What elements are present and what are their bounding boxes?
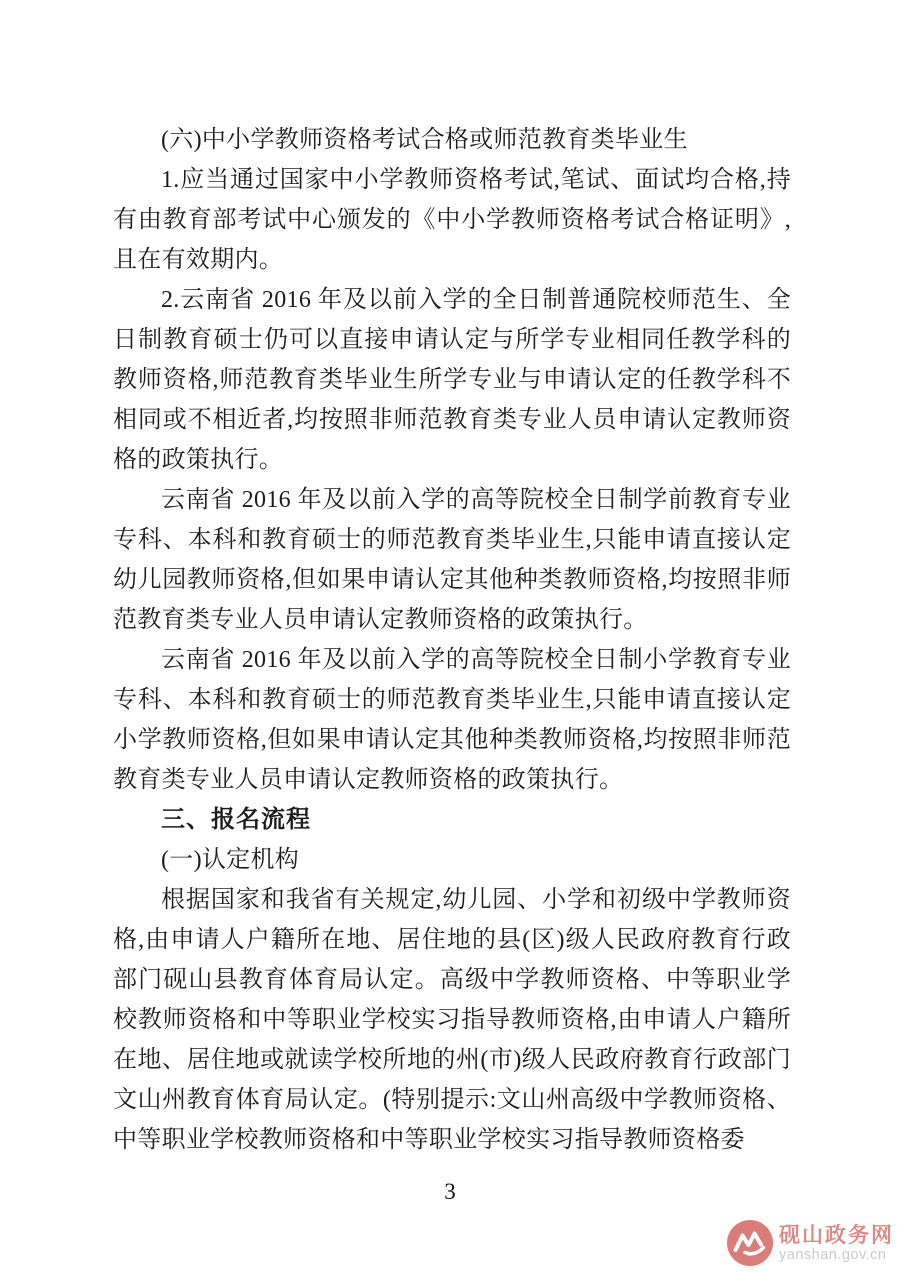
page-number: 3 <box>0 1178 900 1206</box>
paragraph-certifying-agencies: 根据国家和我省有关规定,幼儿园、小学和初级中学教师资格,由申请人户籍所在地、居住… <box>113 880 791 1160</box>
site-watermark: 砚山政务网 yanshan.gov.cn <box>726 1219 894 1267</box>
section-3-1-subheading: (一)认定机构 <box>113 840 791 880</box>
document-body: (六)中小学教师资格考试合格或师范教育类毕业生 1.应当通过国家中小学教师资格考… <box>113 120 791 1160</box>
paragraph-exam-pass: 1.应当通过国家中小学教师资格考试,笔试、面试均合格,持有由教育部考试中心颁发的… <box>113 160 791 280</box>
document-page: (六)中小学教师资格考试合格或师范教育类毕业生 1.应当通过国家中小学教师资格考… <box>0 0 900 1273</box>
paragraph-preschool-majors: 云南省 2016 年及以前入学的高等院校全日制学前教育专业专科、本科和教育硕士的… <box>113 480 791 640</box>
site-domain: yanshan.gov.cn <box>779 1247 894 1263</box>
paragraph-2016-normal-students: 2.云南省 2016 年及以前入学的全日制普通院校师范生、全日制教育硕士仍可以直… <box>113 280 791 480</box>
mountain-logo-icon <box>726 1219 774 1267</box>
section-6-subheading: (六)中小学教师资格考试合格或师范教育类毕业生 <box>113 120 791 160</box>
section-3-heading: 三、报名流程 <box>113 800 791 840</box>
paragraph-primary-majors: 云南省 2016 年及以前入学的高等院校全日制小学教育专业专科、本科和教育硕士的… <box>113 640 791 800</box>
site-wordmark: 砚山政务网 yanshan.gov.cn <box>779 1224 894 1263</box>
site-name: 砚山政务网 <box>779 1224 894 1247</box>
